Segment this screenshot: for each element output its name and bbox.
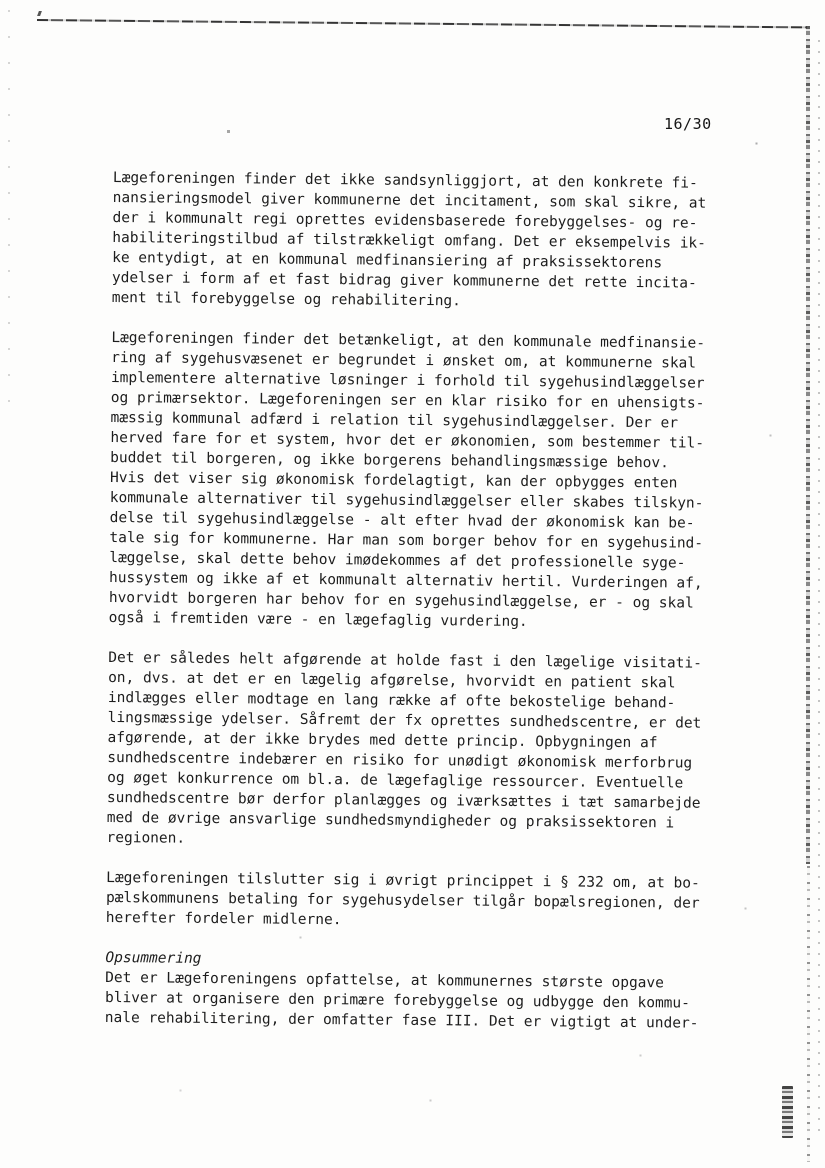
scanned-document-page: 16/30 Lægeforeningen finder det ikke san… [0,0,825,1168]
paragraph-summary: Det er Lægeforeningens opfattelse, at ko… [105,968,731,1034]
scan-right-edge-strip [806,26,810,864]
paragraph-medical-visitation: Det er således helt afgørende at holde f… [106,648,733,854]
document-body: Lægeforeningen finder det ikke sandsynli… [105,168,738,1034]
paragraph-municipal-cofinancing: Lægeforeningen finder det betænkeligt, a… [109,328,737,634]
scan-margin-stamp-smudge [782,1086,793,1138]
page-number: 16/30 [664,114,712,134]
paragraph-section-232: Lægeforeningen tilslutter sig i øvrigt p… [106,868,732,934]
scan-right-edge-strip-lower [807,866,810,1162]
scan-noise-speckles [0,0,1,1]
scan-right-dotted-line [818,40,820,1140]
scan-top-edge-line [37,19,807,28]
scan-top-tick-mark [37,11,42,16]
paragraph-financing-model: Lægeforeningen finder det ikke sandsynli… [112,168,738,314]
scan-left-dotted-artifacts [8,10,10,410]
